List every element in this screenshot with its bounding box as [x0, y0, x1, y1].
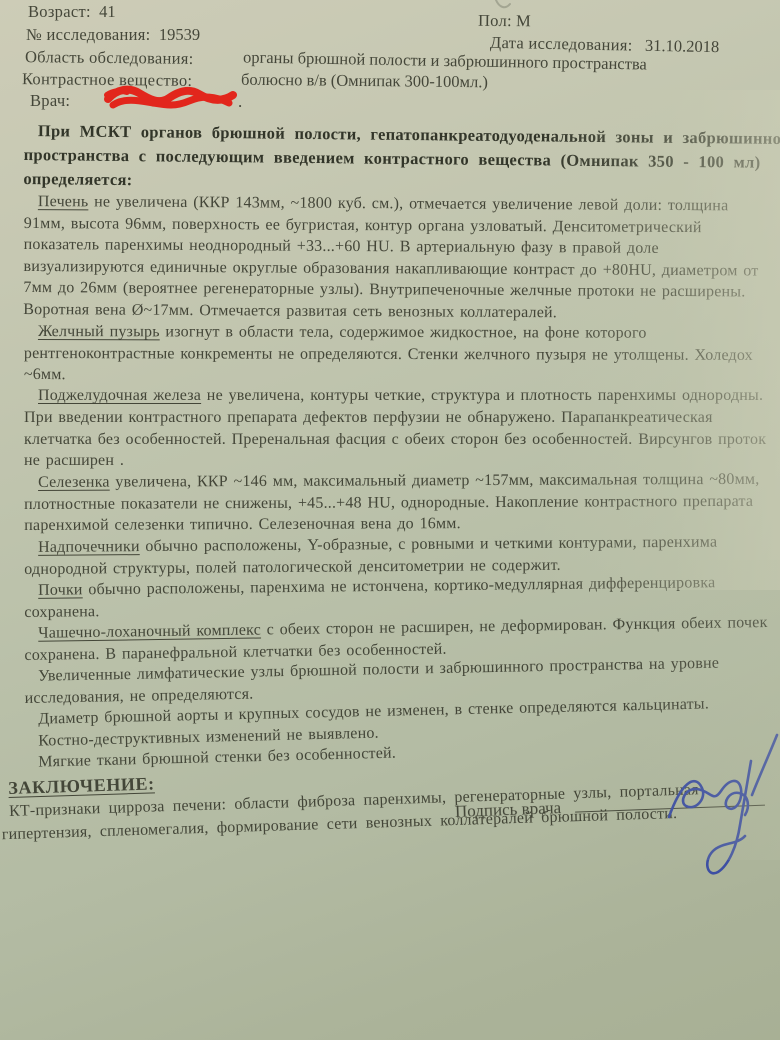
sex-value: М — [516, 11, 531, 30]
signature-label: Подпись врача — [455, 798, 562, 821]
section-liver: Печень не увеличена (ККР 143мм, ~1800 ку… — [23, 191, 780, 325]
study-number-row: № исследования: 19539 — [26, 25, 200, 45]
sex-row: Пол: М — [478, 11, 531, 32]
section-liver-lead: Печень — [38, 193, 89, 210]
exam-area-label: Область обследования: — [25, 47, 194, 69]
contrast-value: болюсно в/в (Омнипак 300-100мл.) — [241, 70, 488, 93]
ct-report-photo: Возраст: 41 Пол: М № исследования: 19539… — [0, 0, 780, 1040]
section-adrenals-lead: Надпочечники — [38, 538, 140, 556]
doctor-signature — [655, 733, 780, 888]
intro-paragraph: При МСКТ органов брюшной полости, гепато… — [23, 119, 780, 199]
section-spleen-lead: Селезенка — [38, 473, 110, 490]
section-pancreas-lead: Поджелудочная железа — [38, 387, 201, 404]
section-gallbladder: Желчный пузырь изогнут в области тела, с… — [24, 321, 780, 388]
study-number-label: № исследования: — [26, 25, 151, 44]
age-label: Возраст: — [28, 2, 91, 21]
doctor-label: Врач: — [30, 91, 70, 110]
age-value: 41 — [99, 2, 116, 21]
section-gallbladder-lead: Желчный пузырь — [38, 323, 160, 340]
section-kidneys-lead: Почки — [38, 581, 83, 599]
age-row: Возраст: 41 — [28, 2, 116, 22]
section-spleen: Селезенка увеличена, ККР ~146 мм, максим… — [24, 468, 780, 536]
section-pancreas: Поджелудочная железа не увеличена, конту… — [24, 385, 780, 471]
doctor-suffix-period: . — [238, 92, 242, 112]
doctor-row: Врач: — [30, 91, 70, 111]
section-pelvicalyceal-lead: Чашечно-лоханочный комплекс — [38, 621, 261, 641]
sex-label: Пол: — [478, 11, 512, 30]
red-redaction-scribble — [103, 83, 241, 115]
study-date-value: 31.10.2018 — [645, 36, 720, 56]
study-number-value: 19539 — [159, 25, 200, 44]
